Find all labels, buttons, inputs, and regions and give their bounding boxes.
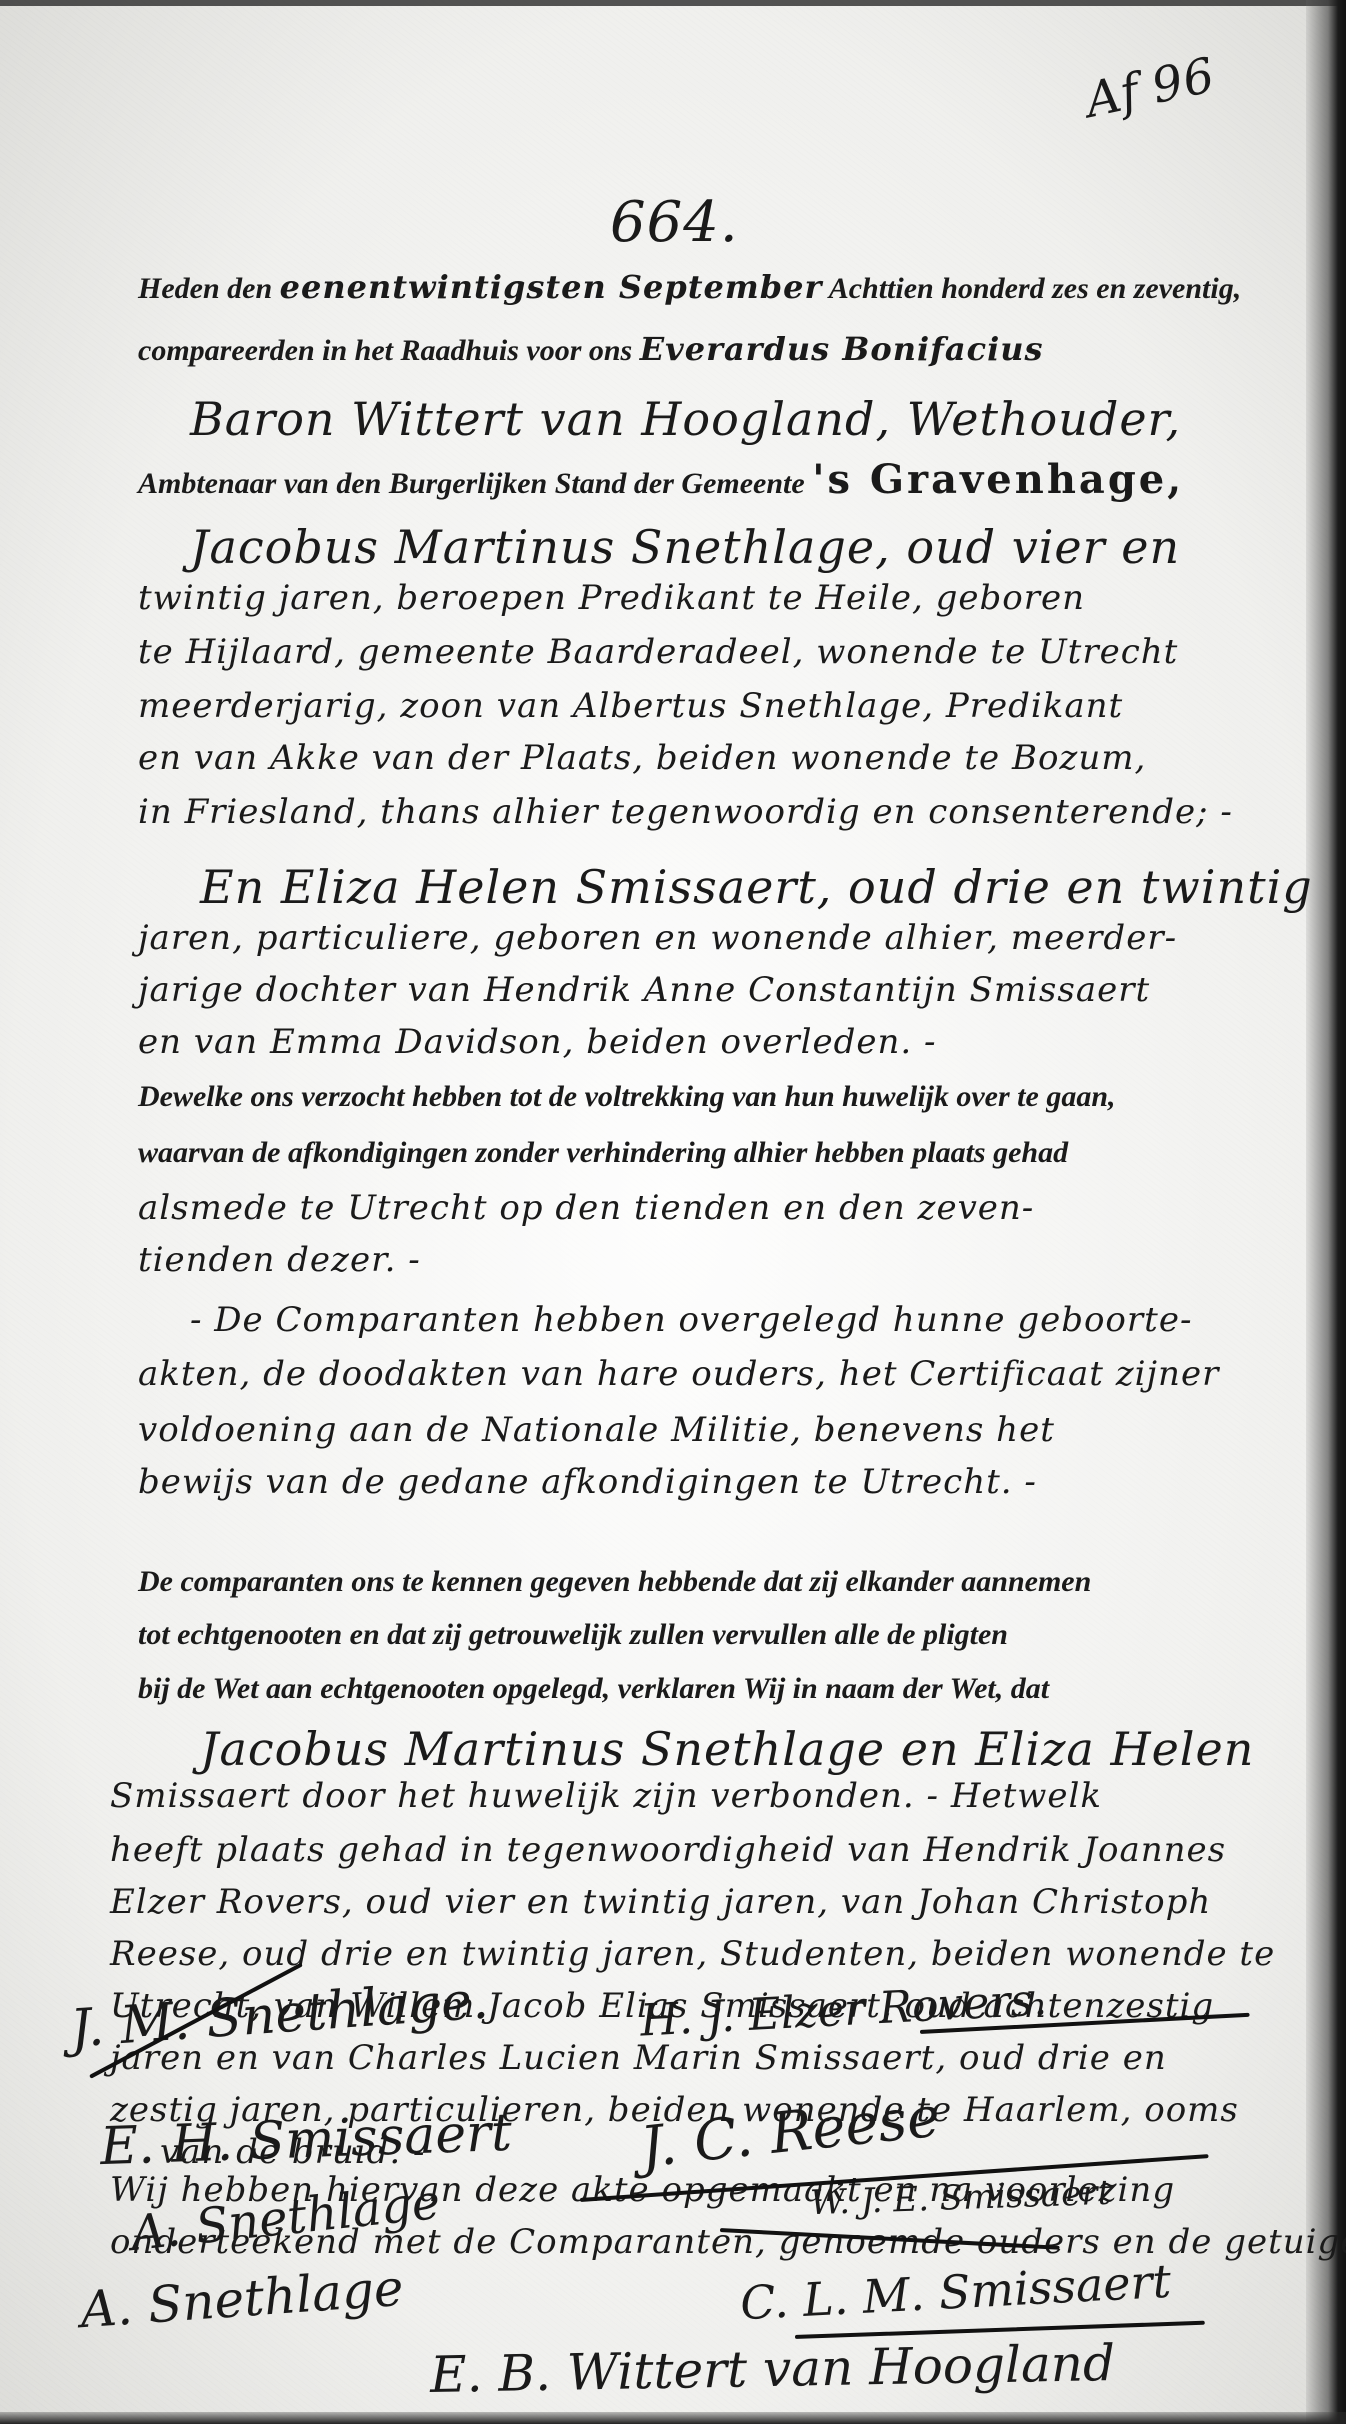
certificate-line: waarvan de afkondigingen zonder verhinde… <box>138 1136 1288 1170</box>
certificate-line: Ambtenaar van den Burgerlijken Stand der… <box>138 456 1288 503</box>
handwritten-text: eenentwintigsten September <box>280 268 823 306</box>
handwritten-text: meerderjarig, zoon van Albertus Snethlag… <box>138 686 1123 726</box>
printed-text: Ambtenaar van den Burgerlijken Stand der… <box>138 467 812 500</box>
certificate-line: De comparanten ons te kennen gegeven heb… <box>138 1565 1288 1599</box>
handwritten-text: jarige dochter van Hendrik Anne Constant… <box>138 970 1150 1010</box>
page-top-edge <box>0 0 1346 6</box>
certificate-line: twintig jaren, beroepen Predikant te Hei… <box>138 578 1288 618</box>
printed-text: De comparanten ons te kennen gegeven heb… <box>138 1565 1091 1598</box>
certificate-line: en van Akke van der Plaats, beiden wonen… <box>138 738 1288 778</box>
handwritten-text: bewijs van de gedane afkondigingen te Ut… <box>138 1462 1037 1502</box>
certificate-line: Heden den eenentwintigsten September Ach… <box>138 268 1288 306</box>
printed-text: Dewelke ons verzocht hebben tot de voltr… <box>138 1080 1116 1113</box>
handwritten-text: alsmede te Utrecht op den tienden en den… <box>138 1188 1034 1228</box>
printed-text: Heden den <box>138 272 280 305</box>
certificate-line: En Eliza Helen Smissaert, oud drie en tw… <box>200 860 1346 914</box>
municipality-name: 's Gravenhage, <box>812 456 1184 503</box>
certificate-line: tienden dezer. - <box>138 1240 1288 1280</box>
handwritten-text: Elzer Rovers, oud vier en twintig jaren,… <box>110 1882 1211 1922</box>
reference-number: 96 <box>1147 47 1220 115</box>
signature: E. B. Wittert van Hoogland <box>430 2334 1116 2404</box>
certificate-line: bewijs van de gedane afkondigingen te Ut… <box>138 1462 1288 1502</box>
handwritten-text: en van Akke van der Plaats, beiden wonen… <box>138 738 1146 778</box>
certificate-line: Smissaert door het huwelijk zijn verbond… <box>110 1776 1260 1816</box>
handwritten-text: Baron Wittert van Hoogland, Wethouder, <box>190 392 1181 446</box>
handwritten-text: - De Comparanten hebben overgelegd hunne… <box>190 1300 1192 1340</box>
reference-mark: Af96 <box>1081 47 1220 129</box>
reference-prefix: Af <box>1081 63 1145 129</box>
signature: A. Snethlage <box>78 2259 405 2339</box>
record-number: 664. <box>610 190 739 255</box>
printed-text: bij de Wet aan echtgenooten opgelegd, ve… <box>138 1672 1049 1705</box>
handwritten-text: Smissaert door het huwelijk zijn verbond… <box>110 1776 1102 1816</box>
certificate-line: voldoening aan de Nationale Militie, ben… <box>138 1410 1288 1450</box>
handwritten-text: te Hijlaard, gemeente Baarderadeel, wone… <box>138 632 1178 672</box>
printed-text: tot echtgenooten en dat zij getrouwelijk… <box>138 1618 1008 1651</box>
certificate-line: alsmede te Utrecht op den tienden en den… <box>138 1188 1288 1228</box>
handwritten-text: Jacobus Martinus Snethlage, oud vier en <box>190 520 1180 574</box>
certificate-line: Jacobus Martinus Snethlage, oud vier en <box>190 520 1340 574</box>
printed-text: compareerden in het Raadhuis voor ons <box>138 334 640 367</box>
certificate-line: Reese, oud drie en twintig jaren, Studen… <box>110 1934 1260 1974</box>
page-binding-edge <box>1306 0 1346 2424</box>
certificate-line: - De Comparanten hebben overgelegd hunne… <box>190 1300 1340 1340</box>
handwritten-text: voldoening aan de Nationale Militie, ben… <box>138 1410 1055 1450</box>
certificate-line: compareerden in het Raadhuis voor ons Ev… <box>138 330 1288 368</box>
certificate-line: jaren, particuliere, geboren en wonende … <box>138 918 1288 958</box>
certificate-line: Jacobus Martinus Snethlage en Eliza Hele… <box>200 1722 1346 1776</box>
handwritten-text: Everardus Bonifacius <box>640 330 1044 368</box>
certificate-line: en van Emma Davidson, beiden overleden. … <box>138 1022 1288 1062</box>
certificate-line: bij de Wet aan echtgenooten opgelegd, ve… <box>138 1672 1288 1706</box>
handwritten-text: en van Emma Davidson, beiden overleden. … <box>138 1022 936 1062</box>
certificate-line: akten, de doodakten van hare ouders, het… <box>138 1354 1288 1394</box>
page-bottom-edge <box>0 2412 1346 2424</box>
handwritten-text: twintig jaren, beroepen Predikant te Hei… <box>138 578 1085 618</box>
handwritten-text: Jacobus Martinus Snethlage en Eliza Hele… <box>200 1722 1254 1776</box>
certificate-line: te Hijlaard, gemeente Baarderadeel, wone… <box>138 632 1288 672</box>
signature: C. L. M. Smissaert <box>739 2254 1172 2330</box>
handwritten-text: Reese, oud drie en twintig jaren, Studen… <box>110 1934 1275 1974</box>
certificate-line: jarige dochter van Hendrik Anne Constant… <box>138 970 1288 1010</box>
scanned-page: Af96 664. Heden den eenentwintigsten Sep… <box>0 0 1346 2424</box>
certificate-line: meerderjarig, zoon van Albertus Snethlag… <box>138 686 1288 726</box>
certificate-line: Baron Wittert van Hoogland, Wethouder, <box>190 392 1340 446</box>
certificate-line: in Friesland, thans alhier tegenwoordig … <box>138 792 1288 832</box>
handwritten-text: in Friesland, thans alhier tegenwoordig … <box>138 792 1233 832</box>
handwritten-text: akten, de doodakten van hare ouders, het… <box>138 1354 1219 1394</box>
certificate-line: heeft plaats gehad in tegenwoordigheid v… <box>110 1830 1260 1870</box>
printed-text: waarvan de afkondigingen zonder verhinde… <box>138 1136 1068 1169</box>
handwritten-text: tienden dezer. - <box>138 1240 421 1280</box>
handwritten-text: jaren, particuliere, geboren en wonende … <box>138 918 1177 958</box>
handwritten-text: heeft plaats gehad in tegenwoordigheid v… <box>110 1830 1226 1870</box>
certificate-line: Elzer Rovers, oud vier en twintig jaren,… <box>110 1882 1260 1922</box>
handwritten-text: En Eliza Helen Smissaert, oud drie en tw… <box>200 860 1313 914</box>
certificate-line: Dewelke ons verzocht hebben tot de voltr… <box>138 1080 1288 1114</box>
certificate-line: tot echtgenooten en dat zij getrouwelijk… <box>138 1618 1288 1652</box>
printed-text: Achttien honderd zes en zeventig, <box>822 272 1241 305</box>
